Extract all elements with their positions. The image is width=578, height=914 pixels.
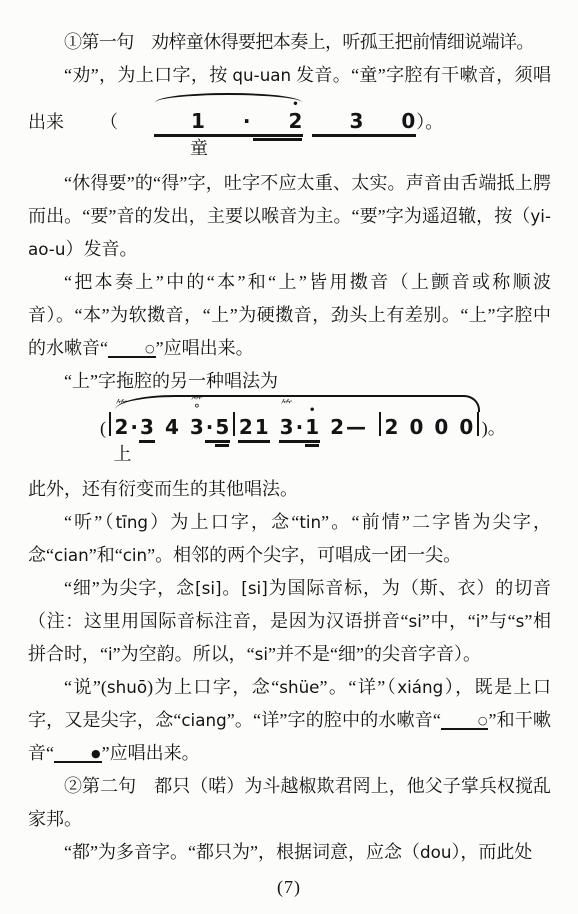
slur-arc [115, 395, 480, 412]
notation-tokens: 1童·2•30 [118, 106, 416, 139]
p4: “把本奏上”中的“本”和“上”皆用擞音（上颤音或称顺波音）。“本”为软擞音，“上… [28, 266, 551, 365]
text-segment: ciang [181, 710, 226, 730]
note-token: · [205, 415, 215, 439]
text-segment: tin [299, 512, 321, 532]
text-segment: ”为空韵。所以，“ [113, 644, 255, 664]
text-segment: “听”（ [64, 512, 116, 532]
text-segment: si [255, 644, 268, 664]
note-token: 2 [384, 415, 400, 439]
barline [477, 412, 480, 436]
note-token: 1童 [154, 109, 206, 133]
p7: “听”（tīng）为上口字，念“tin”。“前情”二字皆为尖字，念“cian”和… [28, 506, 551, 572]
notation2-line: (2⺮上·343°⺮·5213⺮·1•2—2000)。 [100, 398, 551, 473]
lyric-char: 上 [114, 444, 132, 464]
text-segment: ”。相邻的两个尖字，可唱成一团一尖。 [147, 545, 461, 565]
text-segment: ”和“ [89, 545, 123, 565]
slur-arc [155, 93, 302, 106]
text-segment: “上”字拖腔的另一种唱法为 [64, 371, 278, 391]
close-paren: ）。 [416, 112, 443, 132]
text-segment: ①第一句 劝梓童休得要把本奏上，听孤王把前情细说端详。 [64, 32, 534, 52]
note-token: 4 [164, 415, 180, 439]
text-segment: ”中，“ [422, 611, 476, 631]
text-segment: qu-uan [232, 65, 291, 85]
text-segment: ”。“详”字的腔中的水嗽音“ [227, 710, 441, 730]
note-token: 0 [433, 415, 449, 439]
p5: “上”字拖腔的另一种唱法为 [28, 365, 551, 398]
text-segment: cian [54, 545, 89, 565]
note-token: 1• [304, 415, 320, 439]
water-sou-symbol: ○ [441, 715, 489, 730]
text-segment: ”应唱出来。 [102, 743, 200, 763]
text-segment: shüe [279, 677, 319, 697]
note-token: 2• [252, 109, 304, 133]
note-token: 5 [214, 415, 230, 439]
note-token: · [206, 109, 252, 133]
text-segment: 。 [222, 578, 242, 598]
text-segment: “劝”，为上口字，按 [64, 65, 232, 85]
note-token: 3 [139, 415, 155, 439]
dry-sou-symbol: ● [54, 748, 102, 763]
text-segment: 此外，还有衍变而生的其他唱法。 [28, 479, 298, 499]
text-segment: ”应唱出来。 [156, 338, 254, 358]
barline [379, 412, 382, 436]
music-notation1: （1童·2•30）。 [64, 92, 443, 167]
note-token: 0 [408, 415, 424, 439]
document-page: ①第一句 劝梓童休得要把本奏上，听孤王把前情细说端详。“劝”，为上口字，按 qu… [0, 0, 578, 869]
text-segment: shuō [107, 677, 147, 697]
text-segment: “说”( [64, 677, 107, 697]
water-sou-symbol: ○ [108, 343, 156, 358]
notation-tokens: 2⺮上·343°⺮·5213⺮·1•2—2000 [106, 412, 482, 445]
note-token: 0 [458, 415, 474, 439]
open-paren: （ [100, 112, 118, 132]
p8: “细”为尖字，念[si]。[si]为国际音标，为（斯、衣）的切音（注：这里用国际… [28, 572, 551, 671]
page-number: (7) [0, 877, 578, 898]
p2: “劝”，为上口字，按 qu-uan 发音。“童”字腔有干嗽音，须唱出来（1童·2… [28, 59, 551, 167]
p11: “都”为多音字。“都只为”，根据词意，应念（dou），而此处 [28, 836, 551, 869]
note-token: · [129, 415, 139, 439]
p1: ①第一句 劝梓童休得要把本奏上，听孤王把前情细说端详。 [28, 26, 551, 59]
note-token: 3 [312, 109, 364, 133]
text-segment: “都”为多音字。“都只为”，根据词意，应念（ [64, 842, 420, 862]
text-segment: ）为上口字，念“ [148, 512, 299, 532]
lyric-char: 童 [154, 138, 208, 158]
text-segment: xiáng [397, 677, 443, 697]
text-segment: tīng [116, 512, 148, 532]
note-token: 2 [329, 415, 345, 439]
note-token: 2⺮上 [114, 415, 130, 439]
text-segment: [si] [195, 578, 221, 598]
note-token: · [295, 415, 305, 439]
music-notation2: (2⺮上·343°⺮·5213⺮·1•2—2000)。 [100, 398, 506, 473]
p3: “休得要”的“得”字，吐字不应太重、太实。声音由舌端抵上腭而出。“要”音的发出，… [28, 167, 551, 266]
text-segment: cin [123, 545, 147, 565]
text-segment: ”。“详”（ [319, 677, 397, 697]
p9: “说”(shuō)为上口字，念“shüe”。“详”（xiáng），既是上口字，又… [28, 671, 551, 770]
text-segment: )为上口字，念“ [147, 677, 279, 697]
barline [109, 412, 112, 436]
text-segment: ），而此处 [451, 842, 532, 862]
p6: 此外，还有衍变而生的其他唱法。 [28, 473, 551, 506]
note-token: 3⺮ [279, 415, 295, 439]
close-paren: )。 [482, 418, 506, 438]
text-segment: ”与“ [480, 611, 515, 631]
note-token: — [345, 415, 367, 439]
note-token: 0 [364, 109, 416, 133]
text-segment: si [409, 611, 422, 631]
text-segment: “休得要”的“得”字，吐字不应太重、太实。声音由舌端抵上腭而出。“要”音的发出，… [28, 173, 551, 226]
text-segment: “把本奏上”中的“本”和“上”皆用擞音（上颤音或称顺波音）。“本”为软擞音，“上… [28, 272, 551, 358]
note-token: 2 [238, 415, 254, 439]
p10: ②第二句 都只（喏）为斗越椒欺君罔上，他父子掌兵权搅乱家邦。 [28, 770, 551, 836]
text-segment: ②第二句 都只（喏）为斗越椒欺君罔上，他父子掌兵权搅乱家邦。 [28, 776, 551, 829]
note-token: 1 [254, 415, 270, 439]
note-token: 3°⺮ [189, 415, 205, 439]
text-segment: “细”为尖字，念 [64, 578, 195, 598]
text-segment: ”并不是“细”的尖音字音）。 [268, 644, 481, 664]
text-segment: dou [420, 842, 451, 862]
text-segment: ）发音。 [65, 239, 137, 259]
barline [233, 412, 236, 436]
text-segment: [si] [241, 578, 267, 598]
